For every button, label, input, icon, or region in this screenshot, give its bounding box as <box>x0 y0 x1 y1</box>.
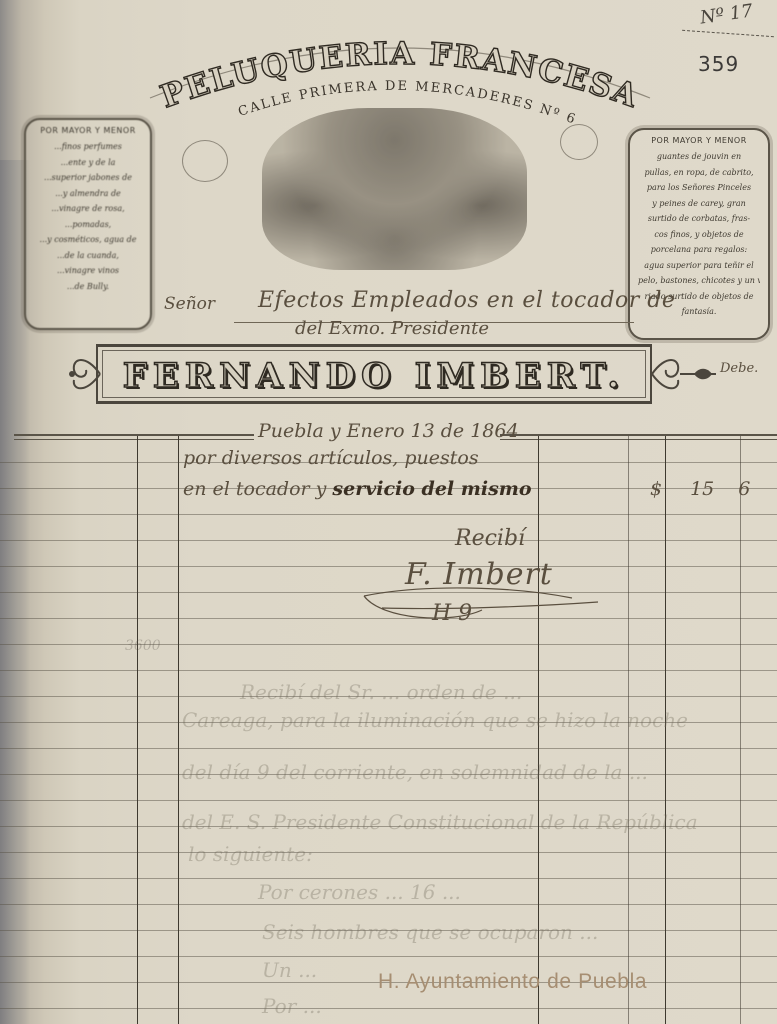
ledger-header-rule-right <box>500 434 777 440</box>
subject-line-2: del Exmo. Presidente <box>295 318 489 339</box>
bleed-through-line: Por cerones ... 16 ... <box>258 880 461 904</box>
panel-line: y peines de carey, gran <box>638 196 760 212</box>
ledger-line <box>0 540 777 541</box>
ledger-line <box>0 670 777 671</box>
bleed-through-line: lo siguiente: <box>188 842 313 866</box>
panel-heading: POR MAYOR Y MENOR <box>34 126 142 135</box>
ornament-swirl-icon <box>182 140 228 182</box>
left-advertisement-panel: POR MAYOR Y MENOR ...finos perfumes ...e… <box>24 118 152 330</box>
panel-line: surtido de corbatas, fras- <box>638 211 760 227</box>
entry-text-bold: servicio del mismo <box>332 478 531 500</box>
letterhead-title: PELUQUERIA FRANCESA CALLE PRIMERA DE MER… <box>150 38 650 118</box>
amount-cents: 6 <box>738 478 750 500</box>
folio-underline <box>682 30 774 37</box>
panel-line: ...vinagre de rosa, <box>34 201 142 217</box>
currency-sign: $ <box>650 478 662 500</box>
entry-text: en el tocador y <box>183 478 332 500</box>
flourish-mark: H 9 <box>431 601 472 626</box>
panel-line: ...vinagre vinos <box>34 263 142 279</box>
panel-line: agua superior para teñir el <box>638 258 760 274</box>
business-name: PELUQUERIA FRANCESA <box>156 36 644 115</box>
panel-line: ...finos perfumes <box>34 139 142 155</box>
banner-ornament-right-icon <box>650 344 720 404</box>
panel-line: para los Señores Pinceles <box>638 180 760 196</box>
place-and-date: Puebla y Enero 13 de 1864 <box>258 420 519 442</box>
ledger-line <box>0 904 777 905</box>
column-rule <box>178 436 179 1024</box>
ledger-line <box>0 852 777 853</box>
engraving-vignette-salon-scene <box>262 108 527 270</box>
seller-name: FERNANDO IMBERT. <box>98 356 650 396</box>
folio-number: Nº 17 <box>699 0 754 28</box>
debit-label: Debe. <box>720 361 758 376</box>
panel-line: ...y almendra de <box>34 186 142 202</box>
bleed-through-line: Por ... <box>262 994 322 1018</box>
panel-line: ...de Bully. <box>34 279 142 295</box>
ledger-entry-1: por diversos artículos, puestos <box>183 447 479 469</box>
bleed-through-line: Seis hombres que se ocuparon ... <box>262 920 598 944</box>
bleed-through-line: del E. S. Presidente Constitucional de l… <box>182 810 698 834</box>
margin-note: 3600 <box>125 638 161 654</box>
ledger-line <box>0 1008 777 1009</box>
bleed-through-line: Careaga, para la iluminación que se hizo… <box>182 708 688 732</box>
ledger-line <box>0 748 777 749</box>
subject-line-1: Efectos Empleados en el tocador de <box>258 288 675 313</box>
ornament-swirl-icon <box>560 124 598 160</box>
entry-amount: $156 <box>650 478 750 500</box>
ledger-line <box>0 878 777 879</box>
ledger-line <box>0 956 777 957</box>
salutation: Señor <box>164 294 215 314</box>
amount-units: 15 <box>690 478 714 500</box>
panel-line: ...pomadas, <box>34 217 142 233</box>
ledger-line <box>0 800 777 801</box>
archive-number: 359 <box>698 52 739 76</box>
bleed-through-line: Un ... <box>262 958 317 982</box>
svg-text:PELUQUERIA FRANCESA: PELUQUERIA FRANCESA <box>156 36 644 115</box>
ledger-line <box>0 514 777 515</box>
bleed-through-line: del día 9 del corriente, en solemnidad d… <box>182 760 648 784</box>
panel-line: ...de la cuanda, <box>34 248 142 264</box>
column-rule <box>740 436 741 1024</box>
panel-line: ...y cosméticos, agua de <box>34 232 142 248</box>
panel-line: pelo, bastones, chicotes y un va- <box>638 273 760 289</box>
archive-watermark: H. Ayuntamiento de Puebla <box>378 970 647 994</box>
column-rule <box>137 436 138 1024</box>
bleed-through-line: Recibí del Sr. ... orden de ... <box>240 680 522 704</box>
panel-line: guantes de jouvin en <box>638 149 760 165</box>
signature-flourish-icon: H 9 <box>362 580 602 630</box>
seller-name-banner: FERNANDO IMBERT. <box>96 344 652 404</box>
ledger-line <box>0 566 777 567</box>
panel-line: cos finos, y objetos de <box>638 227 760 243</box>
received-label: Recibí <box>455 526 525 551</box>
panel-line: porcelana para regalos: <box>638 242 760 258</box>
document-page: Nº 17 359 PELUQUERIA FRANCESA CALLE PRIM… <box>0 0 777 1024</box>
panel-line: ...ente y de la <box>34 155 142 171</box>
ledger-entry-2: en el tocador y servicio del mismo <box>183 478 532 500</box>
ledger-line <box>0 644 777 645</box>
panel-heading: POR MAYOR Y MENOR <box>638 136 760 145</box>
ledger-header-rule-left <box>14 434 254 440</box>
panel-line: pullas, en ropa, de cabrito, <box>638 165 760 181</box>
panel-line: ...superior jabones de <box>34 170 142 186</box>
